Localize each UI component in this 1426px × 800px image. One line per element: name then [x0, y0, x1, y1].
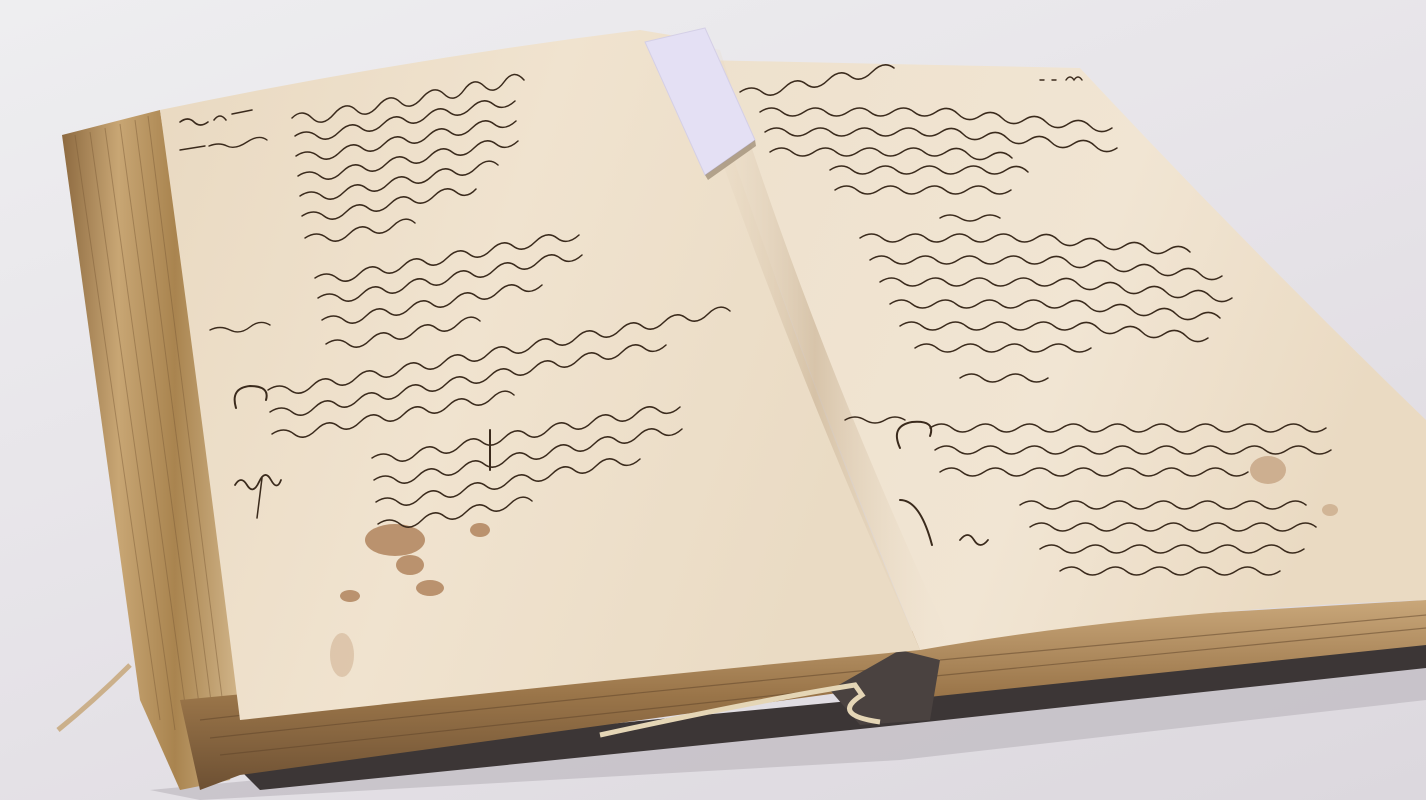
photo-scene: Open antique handwritten manuscript ledg…	[0, 0, 1426, 800]
tie-string	[58, 665, 130, 730]
manuscript-book-illustration	[0, 0, 1426, 800]
